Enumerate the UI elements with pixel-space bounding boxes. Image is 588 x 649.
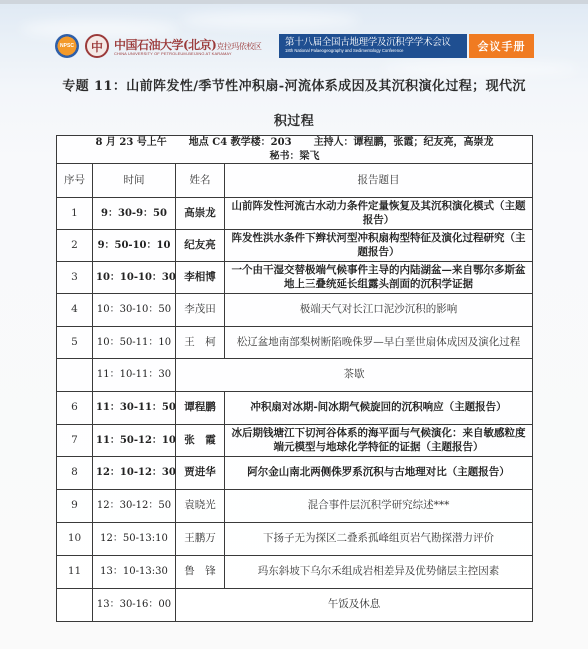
speaker-name: 谭程鹏: [176, 392, 225, 425]
speaker-name: 袁晓光: [176, 490, 225, 523]
report-topic: 玛东斜坡下乌尔禾组成岩相差异及优势储层主控因素: [225, 556, 533, 589]
table-row: 611：30-11：50谭程鹏冲积扇对冰期-间冰期气候旋回的沉积响应（主题报告）: [57, 392, 533, 425]
break-label: 茶歇: [176, 359, 533, 392]
session-date: 8 月 23 号上午: [95, 136, 166, 150]
row-number: 5: [57, 327, 93, 359]
report-topic: 阿尔金山南北两侧侏罗系沉积与古地理对比（主题报告）: [225, 457, 533, 490]
speaker-name: 鲁 锋: [176, 556, 225, 589]
session-hosts: 主持人：谭程鹏，张霞；纪友亮，高崇龙: [314, 136, 494, 150]
speaker-name: 王 柯: [176, 327, 225, 359]
speaker-name: 贾进华: [176, 457, 225, 490]
row-time: 11：30-11：50: [93, 392, 176, 425]
break-label: 午饭及休息: [176, 589, 533, 622]
row-time: 13：10-13:30: [93, 556, 176, 589]
table-row: 410：30-10：50李茂田极端天气对长江口泥沙沉积的影响: [57, 294, 533, 327]
table-row: 510：50-11：10王 柯松辽盆地南部梨树断陷晚侏罗—早白垩世扇体成因及演化…: [57, 327, 533, 359]
row-number: [57, 589, 93, 622]
university-emblem-icon: 中: [85, 34, 109, 58]
row-number: 2: [57, 230, 93, 262]
report-topic: 极端天气对长江口泥沙沉积的影响: [225, 294, 533, 327]
row-time: 10：10-10：30: [93, 262, 176, 294]
speaker-name: 李茂田: [176, 294, 225, 327]
row-number: 1: [57, 198, 93, 230]
report-topic: 松辽盆地南部梨树断陷晚侏罗—早白垩世扇体成因及演化过程: [225, 327, 533, 359]
conference-banner: 第十八届全国古地理学及沉积学学术会议 18th National Palaeog…: [279, 34, 467, 58]
column-header-number: 序号: [57, 164, 93, 198]
row-time: 11：10-11：30: [93, 359, 176, 392]
report-topic: 阵发性洪水条件下辫状河型冲积扇构型特征及演化过程研究（主题报告）: [225, 230, 533, 262]
report-topic: 下扬子无为探区二叠系孤峰组页岩气勘探潜力评价: [225, 523, 533, 556]
report-topic: 一个由干湿交替极端气候事件主导的内陆湖盆—来自鄂尔多斯盆地上三叠统延长组露头剖面…: [225, 262, 533, 294]
session-info-cell: 8 月 23 号上午地点 C4 教学楼：203主持人：谭程鹏，张霞；纪友亮，高崇…: [57, 136, 533, 164]
row-number: 7: [57, 425, 93, 457]
table-row: 711：50-12：10张 霞冰后期钱塘江下切河谷体系的海平面与气候演化：来自敏…: [57, 425, 533, 457]
university-name-en: CHINA UNIVERSITY OF PETROLEUM-BEIJING AT…: [114, 51, 232, 56]
report-topic: 山前阵发性河流古水动力条件定量恢复及其沉积演化模式（主题报告）: [225, 198, 533, 230]
report-topic: 混合事件层沉积学研究综述***: [225, 490, 533, 523]
report-topic: 冰后期钱塘江下切河谷体系的海平面与气候演化：来自敏感粒度端元模型与地球化学特征的…: [225, 425, 533, 457]
background-cloud: [380, 62, 580, 76]
table-row: 29：50-10：10纪友亮阵发性洪水条件下辫状河型冲积扇构型特征及演化过程研究…: [57, 230, 533, 262]
speaker-name: 李相博: [176, 262, 225, 294]
column-header-time: 时间: [93, 164, 176, 198]
row-number: 9: [57, 490, 93, 523]
column-header-topic: 报告题目: [225, 164, 533, 198]
row-number: 10: [57, 523, 93, 556]
row-time: 12：50-13:10: [93, 523, 176, 556]
session-secretary: 秘书：梁飞: [60, 150, 529, 164]
table-row: 1012：50-13:10王鹏万下扬子无为探区二叠系孤峰组页岩气勘探潜力评价: [57, 523, 533, 556]
row-number: 6: [57, 392, 93, 425]
background-cloud: [180, 12, 360, 28]
table-row: 310：10-10：30李相博一个由干湿交替极端气候事件主导的内陆湖盆—来自鄂尔…: [57, 262, 533, 294]
npsc-logo-icon: NPSC: [55, 34, 79, 58]
handbook-button[interactable]: 会议手册: [469, 34, 534, 58]
table-row: 19：30-9：50高崇龙山前阵发性河流古水动力条件定量恢复及其沉积演化模式（主…: [57, 198, 533, 230]
row-time: 12：30-12：50: [93, 490, 176, 523]
row-number: 11: [57, 556, 93, 589]
row-number: 8: [57, 457, 93, 490]
break-row: 11：10-11：30茶歇: [57, 359, 533, 392]
row-time: 9：30-9：50: [93, 198, 176, 230]
break-row: 13：30-16：00午饭及休息: [57, 589, 533, 622]
row-number: [57, 359, 93, 392]
top-border: [0, 0, 588, 4]
table-row: 912：30-12：50袁晓光混合事件层沉积学研究综述***: [57, 490, 533, 523]
session-info-row: 8 月 23 号上午地点 C4 教学楼：203主持人：谭程鹏，张霞；纪友亮，高崇…: [57, 136, 533, 164]
campus-name: 克拉玛依校区: [216, 42, 261, 51]
schedule-table: 8 月 23 号上午地点 C4 教学楼：203主持人：谭程鹏，张霞；纪友亮，高崇…: [56, 135, 533, 622]
row-time: 13：30-16：00: [93, 589, 176, 622]
session-location: 地点 C4 教学楼：203: [189, 136, 292, 150]
column-header-name: 姓名: [176, 164, 225, 198]
speaker-name: 纪友亮: [176, 230, 225, 262]
session-title-line2: 积过程: [0, 110, 588, 129]
session-title-line1: 专题 11：山前阵发性/季节性冲积扇-河流体系成因及其沉积演化过程；现代沉: [0, 75, 588, 94]
speaker-name: 王鹏万: [176, 523, 225, 556]
table-header-row: 序号 时间 姓名 报告题目: [57, 164, 533, 198]
npsc-logo-text: NPSC: [60, 43, 74, 49]
conference-name-en: 18th National Palaeogeography and Sedime…: [285, 48, 467, 54]
row-number: 4: [57, 294, 93, 327]
row-number: 3: [57, 262, 93, 294]
conference-name-cn: 第十八届全国古地理学及沉积学学术会议: [285, 37, 467, 48]
report-topic: 冲积扇对冰期-间冰期气候旋回的沉积响应（主题报告）: [225, 392, 533, 425]
table-row: 1113：10-13:30鲁 锋玛东斜坡下乌尔禾组成岩相差异及优势储层主控因素: [57, 556, 533, 589]
speaker-name: 张 霞: [176, 425, 225, 457]
row-time: 9：50-10：10: [93, 230, 176, 262]
table-row: 812：10-12：30贾进华阿尔金山南北两侧侏罗系沉积与古地理对比（主题报告）: [57, 457, 533, 490]
row-time: 10：50-11：10: [93, 327, 176, 359]
row-time: 12：10-12：30: [93, 457, 176, 490]
speaker-name: 高崇龙: [176, 198, 225, 230]
row-time: 10：30-10：50: [93, 294, 176, 327]
row-time: 11：50-12：10: [93, 425, 176, 457]
